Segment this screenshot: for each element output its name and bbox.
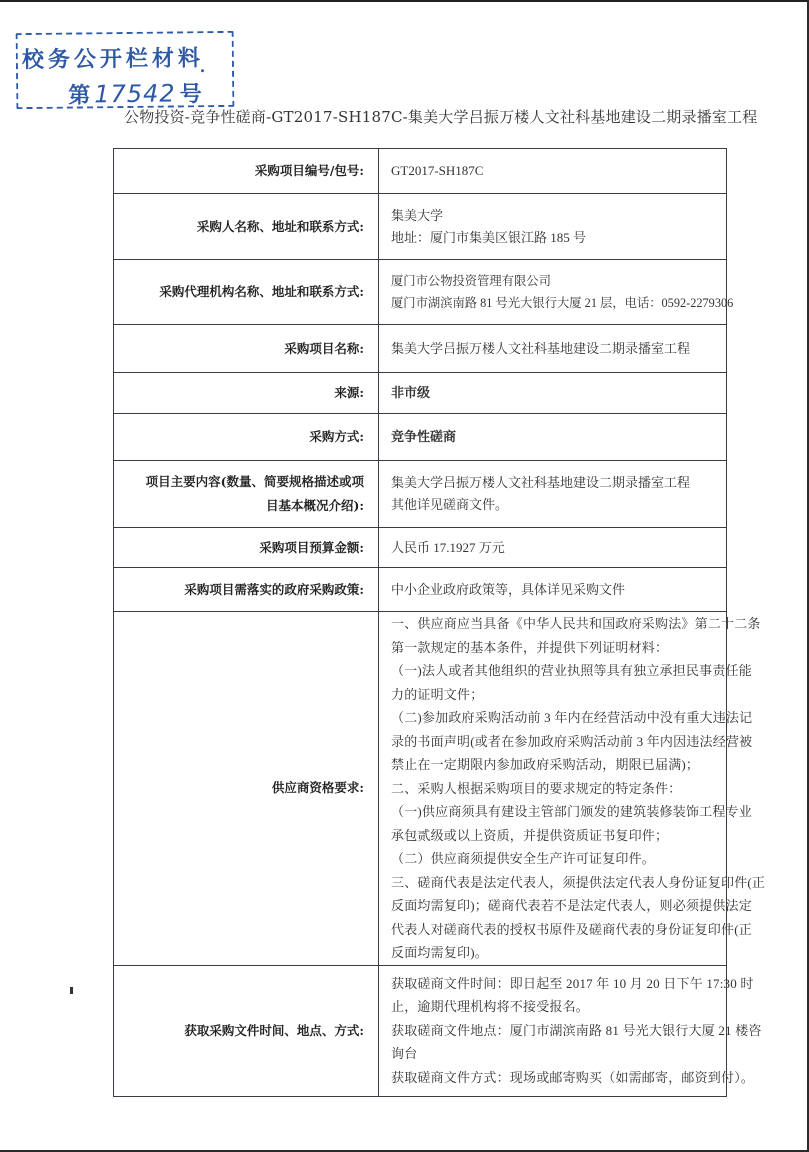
- value-line: 厦门市湖滨南路 81 号光大银行大厦 21 层，电话：0592-2279306: [391, 292, 714, 314]
- value-line: （一)供应商须具有建设主管部门颁发的建筑装修装饰工程专业: [391, 800, 714, 824]
- table-row-main-content: 项目主要内容(数量、简要规格描述或项 目基本概况介绍): 集美大学吕振万楼人文社…: [114, 461, 727, 528]
- stamp-title: 校务公开栏材料: [22, 41, 204, 74]
- value-line: 第一款规定的基本条件，并提供下列证明材料：: [391, 636, 714, 660]
- table-row-source: 来源: 非市级: [114, 373, 727, 414]
- value-line: 获取磋商文件时间：即日起至 2017 年 10 月 20 日下午 17:30 时: [391, 972, 714, 996]
- page-top-edge: [0, 0, 809, 2]
- value-line: 代表人对磋商代表的授权书原件及磋商代表的身份证复印件(正: [391, 918, 714, 942]
- stamp-number-value: 17542: [94, 79, 176, 108]
- row-label: 获取采购文件时间、地点、方式:: [114, 965, 379, 1096]
- value-line: 中小企业政府政策等，具体详见采购文件: [391, 579, 714, 601]
- value-line: 力的证明文件；: [391, 683, 714, 707]
- value-line: 集美大学吕振万楼人文社科基地建设二期录播室工程: [391, 338, 714, 360]
- row-value: 集美大学 地址：厦门市集美区银江路 185 号: [379, 194, 727, 260]
- value-line: 其他详见磋商文件。: [391, 494, 714, 516]
- table-row-agency: 采购代理机构名称、地址和联系方式: 厦门市公物投资管理有限公司 厦门市湖滨南路 …: [114, 260, 727, 325]
- row-label: 供应商资格要求:: [114, 612, 379, 966]
- row-value: 集美大学吕振万楼人文社科基地建设二期录播室工程 其他详见磋商文件。: [379, 461, 727, 528]
- procurement-info-table: 采购项目编号/包号: GT2017-SH187C 采购人名称、地址和联系方式: …: [113, 148, 727, 1097]
- value-line: 人民币 17.1927 万元: [391, 537, 714, 559]
- table-row-budget: 采购项目预算金额: 人民币 17.1927 万元: [114, 528, 727, 568]
- row-value: 集美大学吕振万楼人文社科基地建设二期录播室工程: [379, 325, 727, 373]
- value-line: 承包贰级或以上资质，并提供资质证书复印件；: [391, 824, 714, 848]
- row-value: 非市级: [379, 373, 727, 414]
- row-value: 厦门市公物投资管理有限公司 厦门市湖滨南路 81 号光大银行大厦 21 层，电话…: [379, 260, 727, 325]
- value-line: （一)法人或者其他组织的营业执照等具有独立承担民事责任能: [391, 659, 714, 683]
- table-row-supplier-qualification: 供应商资格要求: 一、供应商应当具备《中华人民共和国政府采购法》第二十二条 第一…: [114, 612, 727, 966]
- value-line: 止，逾期代理机构将不接受报名。: [391, 995, 714, 1019]
- table-row-purchaser: 采购人名称、地址和联系方式: 集美大学 地址：厦门市集美区银江路 185 号: [114, 194, 727, 260]
- row-label: 项目主要内容(数量、简要规格描述或项 目基本概况介绍):: [114, 461, 379, 528]
- table-row-method: 采购方式: 竞争性磋商: [114, 414, 727, 461]
- value-line: （二)参加政府采购活动前 3 年内在经营活动中没有重大违法记: [391, 706, 714, 730]
- row-label: 采购项目编号/包号:: [114, 149, 379, 194]
- document-title: 公物投资-竞争性磋商-GT2017-SH187C-集美大学吕振万楼人文社科基地建…: [124, 106, 724, 127]
- row-label: 采购项目名称:: [114, 325, 379, 373]
- label-line: 目基本概况介绍):: [120, 494, 364, 518]
- value-line: （二）供应商须提供安全生产许可证复印件。: [391, 847, 714, 871]
- label-line: 项目主要内容(数量、简要规格描述或项: [120, 470, 364, 494]
- stamp-number: 第17542号: [68, 77, 202, 109]
- value-line: GT2017-SH187C: [391, 160, 714, 182]
- row-label: 采购代理机构名称、地址和联系方式:: [114, 260, 379, 325]
- table-row-policy: 采购项目需落实的政府采购政策: 中小企业政府政策等，具体详见采购文件: [114, 568, 727, 612]
- row-label: 采购方式:: [114, 414, 379, 461]
- row-value: 竞争性磋商: [379, 414, 727, 461]
- value-line: 获取磋商文件地点：厦门市湖滨南路 81 号光大银行大厦 21 楼咨: [391, 1019, 714, 1043]
- table-row-document-acquisition: 获取采购文件时间、地点、方式: 获取磋商文件时间：即日起至 2017 年 10 …: [114, 965, 727, 1096]
- row-label: 采购人名称、地址和联系方式:: [114, 194, 379, 260]
- stamp-dot: [201, 69, 204, 72]
- value-line: 反面均需复印)；磋商代表若不是法定代表人，则必须提供法定: [391, 894, 714, 918]
- table-row-project-number: 采购项目编号/包号: GT2017-SH187C: [114, 149, 727, 194]
- stamp-number-prefix: 第: [68, 83, 90, 108]
- value-line: 厦门市公物投资管理有限公司: [391, 270, 714, 292]
- value-line: 地址：厦门市集美区银江路 185 号: [391, 227, 714, 249]
- archive-stamp: 校务公开栏材料 第17542号: [16, 31, 235, 109]
- value-line: 非市级: [391, 382, 714, 404]
- value-line: 二、采购人根据采购项目的要求规定的特定条件：: [391, 777, 714, 801]
- value-line: 反面均需复印)。: [391, 941, 714, 965]
- row-value: GT2017-SH187C: [379, 149, 727, 194]
- value-line: 获取磋商文件方式：现场或邮寄购买（如需邮寄，邮资到付）。: [391, 1066, 714, 1090]
- value-line: 禁止在一定期限内参加政府采购活动，期限已届满)；: [391, 753, 714, 777]
- value-line: 三、磋商代表是法定代表人，须提供法定代表人身份证复印件(正: [391, 871, 714, 895]
- row-value: 一、供应商应当具备《中华人民共和国政府采购法》第二十二条 第一款规定的基本条件，…: [379, 612, 727, 966]
- value-line: 一、供应商应当具备《中华人民共和国政府采购法》第二十二条: [391, 612, 714, 636]
- row-value: 获取磋商文件时间：即日起至 2017 年 10 月 20 日下午 17:30 时…: [379, 965, 727, 1096]
- value-line: 录的书面声明(或者在参加政府采购活动前 3 年内因违法经营被: [391, 730, 714, 754]
- value-line: 竞争性磋商: [391, 426, 714, 448]
- row-label: 采购项目需落实的政府采购政策:: [114, 568, 379, 612]
- value-line: 集美大学吕振万楼人文社科基地建设二期录播室工程: [391, 472, 714, 494]
- row-label: 采购项目预算金额:: [114, 528, 379, 568]
- row-value: 人民币 17.1927 万元: [379, 528, 727, 568]
- scan-mark: [70, 987, 73, 994]
- stamp-number-suffix: 号: [180, 82, 202, 107]
- row-value: 中小企业政府政策等，具体详见采购文件: [379, 568, 727, 612]
- value-line: 询台: [391, 1042, 714, 1066]
- value-line: 集美大学: [391, 205, 714, 227]
- row-label: 来源:: [114, 373, 379, 414]
- table-row-project-name: 采购项目名称: 集美大学吕振万楼人文社科基地建设二期录播室工程: [114, 325, 727, 373]
